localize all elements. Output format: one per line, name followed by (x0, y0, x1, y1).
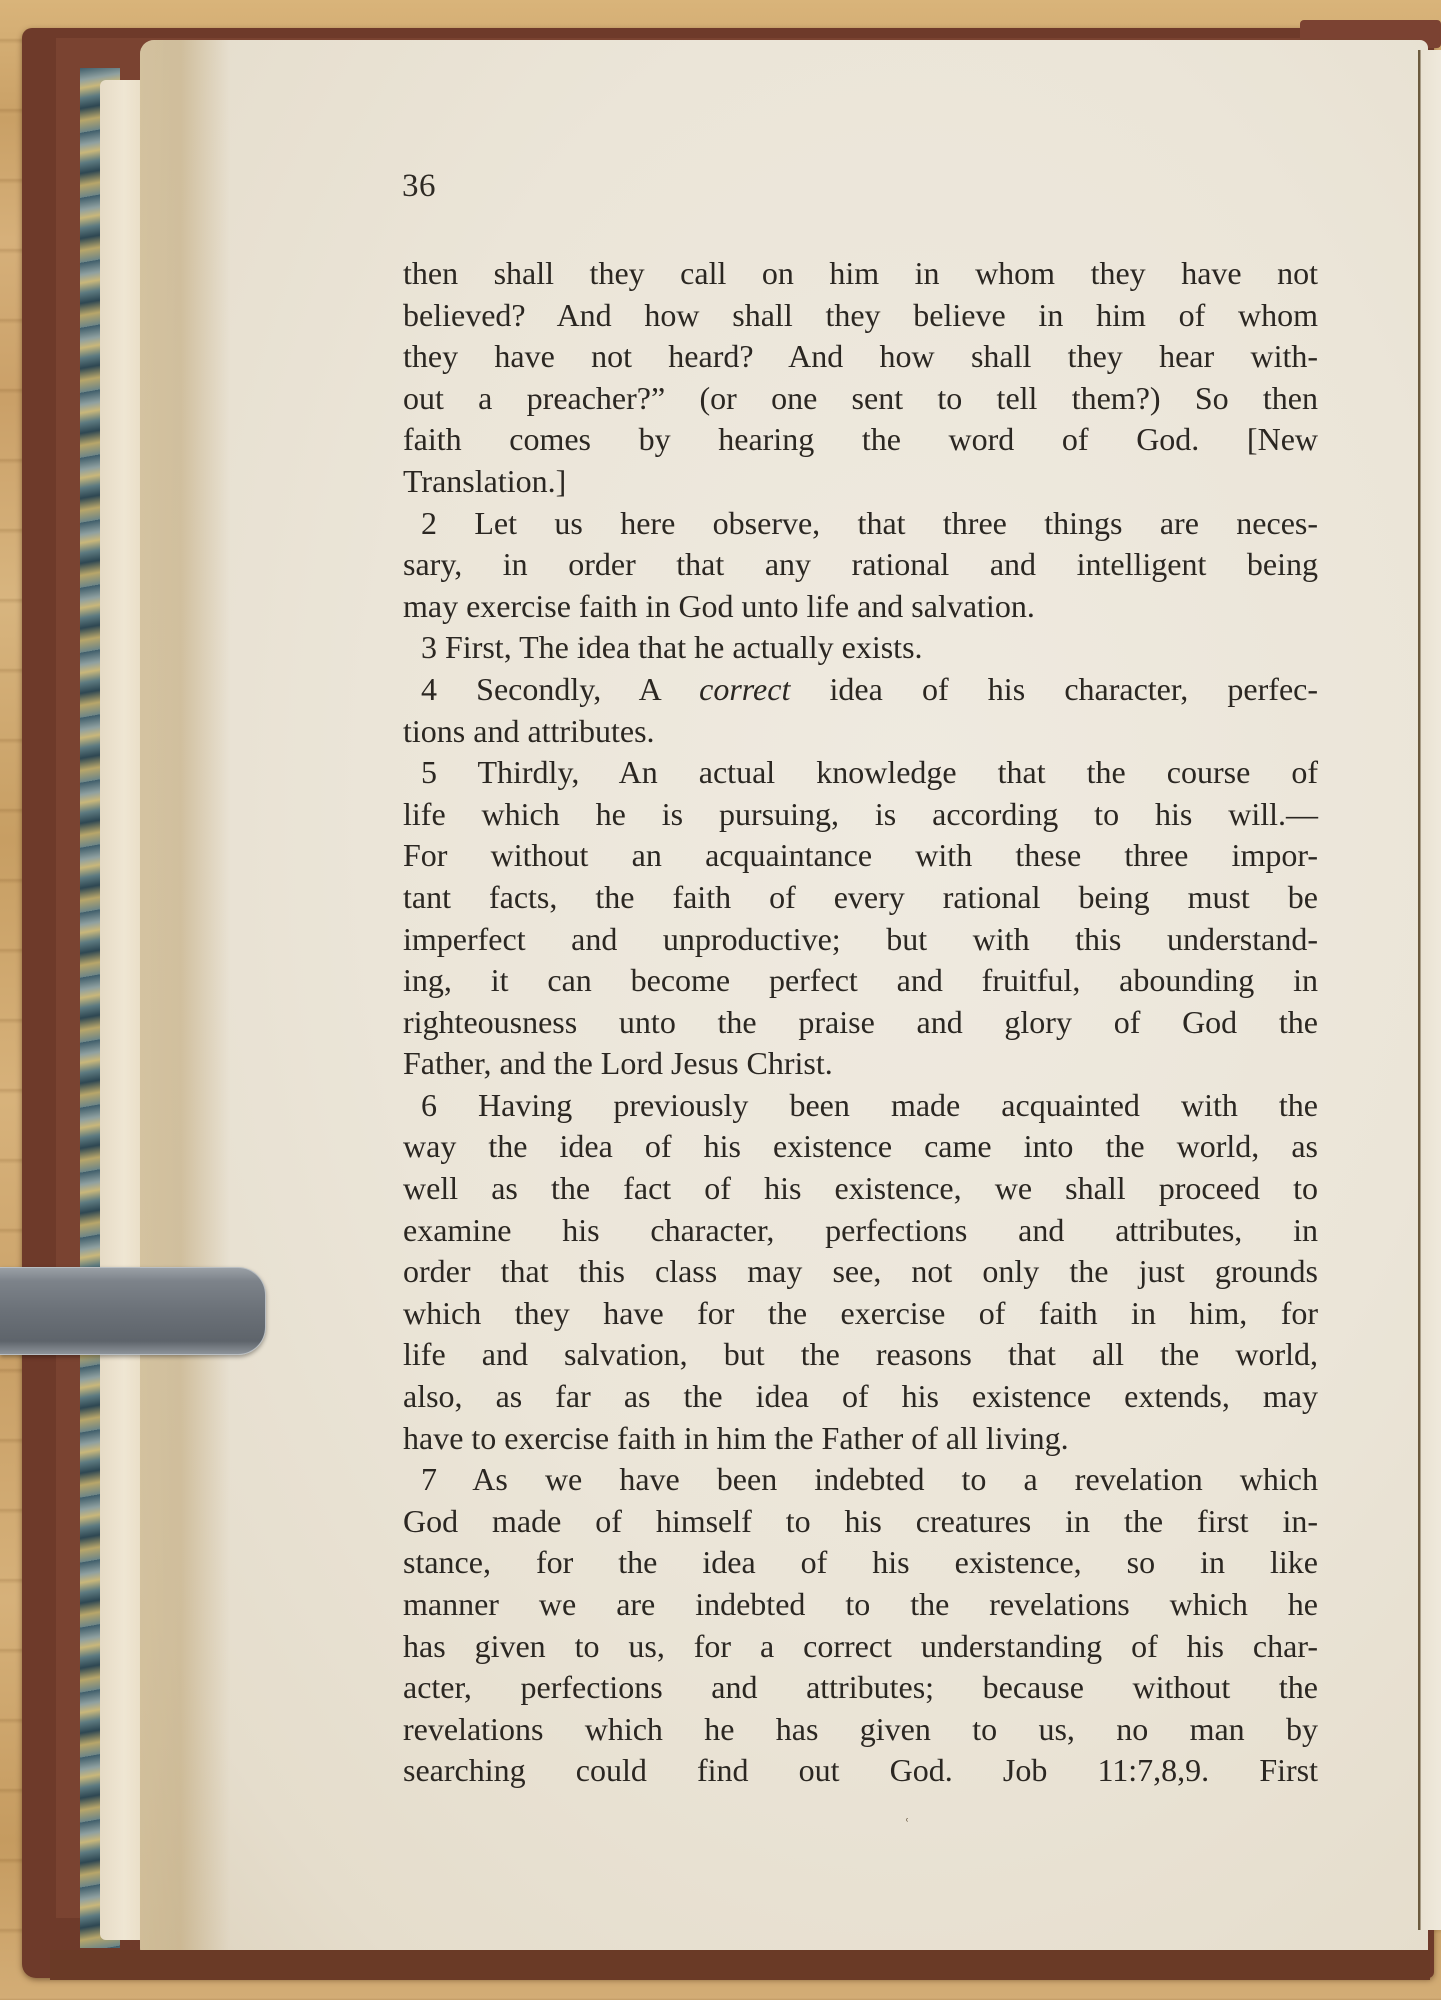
text-line: way the idea of his existence came into … (403, 1126, 1318, 1168)
text-line: 5 Thirdly, An actual knowledge that the … (403, 752, 1318, 794)
metal-page-clip (0, 1267, 266, 1355)
text-line: have to exercise faith in him the Father… (403, 1418, 1318, 1460)
text-line: 2 Let us here observe, that three things… (403, 503, 1318, 545)
text-line: well as the fact of his existence, we sh… (403, 1168, 1318, 1210)
text-line: then shall they call on him in whom they… (403, 253, 1318, 295)
text-line: manner we are indebted to the revelation… (403, 1584, 1318, 1626)
text-line: believed? And how shall they believe in … (403, 295, 1318, 337)
text-line: 6 Having previously been made acquainted… (403, 1085, 1318, 1127)
text-line: ing, it can become perfect and fruitful,… (403, 960, 1318, 1002)
text-line: life and salvation, but the reasons that… (403, 1334, 1318, 1376)
text-line: tant facts, the faith of every rational … (403, 877, 1318, 919)
text-line: tions and attributes. (403, 711, 1318, 753)
book-cover-bottom-edge (50, 1950, 1430, 1980)
page-gutter-stain (140, 40, 230, 1958)
text-line: sary, in order that any rational and int… (403, 544, 1318, 586)
text-line: imperfect and unproductive; but with thi… (403, 919, 1318, 961)
text-line: has given to us, for a correct understan… (403, 1626, 1318, 1668)
text-line: acter, perfections and attributes; becau… (403, 1667, 1318, 1709)
text-line: 4 Secondly, A correct idea of his charac… (403, 669, 1318, 711)
text-line: out a preacher?” (or one sent to tell th… (403, 378, 1318, 420)
emphasis: correct (699, 671, 790, 707)
text-line: order that this class may see, not only … (403, 1251, 1318, 1293)
text-line: Translation.] (403, 461, 1318, 503)
text-line: examine his character, perfections and a… (403, 1210, 1318, 1252)
text-line: God made of himself to his creatures in … (403, 1501, 1318, 1543)
text-line: may exercise faith in God unto life and … (403, 586, 1318, 628)
text-line: 7 As we have been indebted to a revelati… (403, 1459, 1318, 1501)
text-line: life which he is pursuing, is according … (403, 794, 1318, 836)
text-line: stance, for the idea of his existence, s… (403, 1542, 1318, 1584)
page-number: 36 (402, 168, 436, 205)
marginal-mark: ʿ (904, 1815, 910, 1836)
text-line: also, as far as the idea of his existenc… (403, 1376, 1318, 1418)
text-line: they have not heard? And how shall they … (403, 336, 1318, 378)
text-line: searching could find out God. Job 11:7,8… (403, 1750, 1318, 1792)
text-line: revelations which he has given to us, no… (403, 1709, 1318, 1751)
page-fore-edge (1418, 50, 1441, 1930)
page-body-text: then shall they call on him in whom they… (403, 253, 1318, 1792)
text-line: righteousness unto the praise and glory … (403, 1002, 1318, 1044)
text-line: Father, and the Lord Jesus Christ. (403, 1043, 1318, 1085)
text-line: which they have for the exercise of fait… (403, 1293, 1318, 1335)
text-line: 3 First, The idea that he actually exist… (403, 627, 1318, 669)
text-line: faith comes by hearing the word of God. … (403, 419, 1318, 461)
text-line: For without an acquaintance with these t… (403, 835, 1318, 877)
